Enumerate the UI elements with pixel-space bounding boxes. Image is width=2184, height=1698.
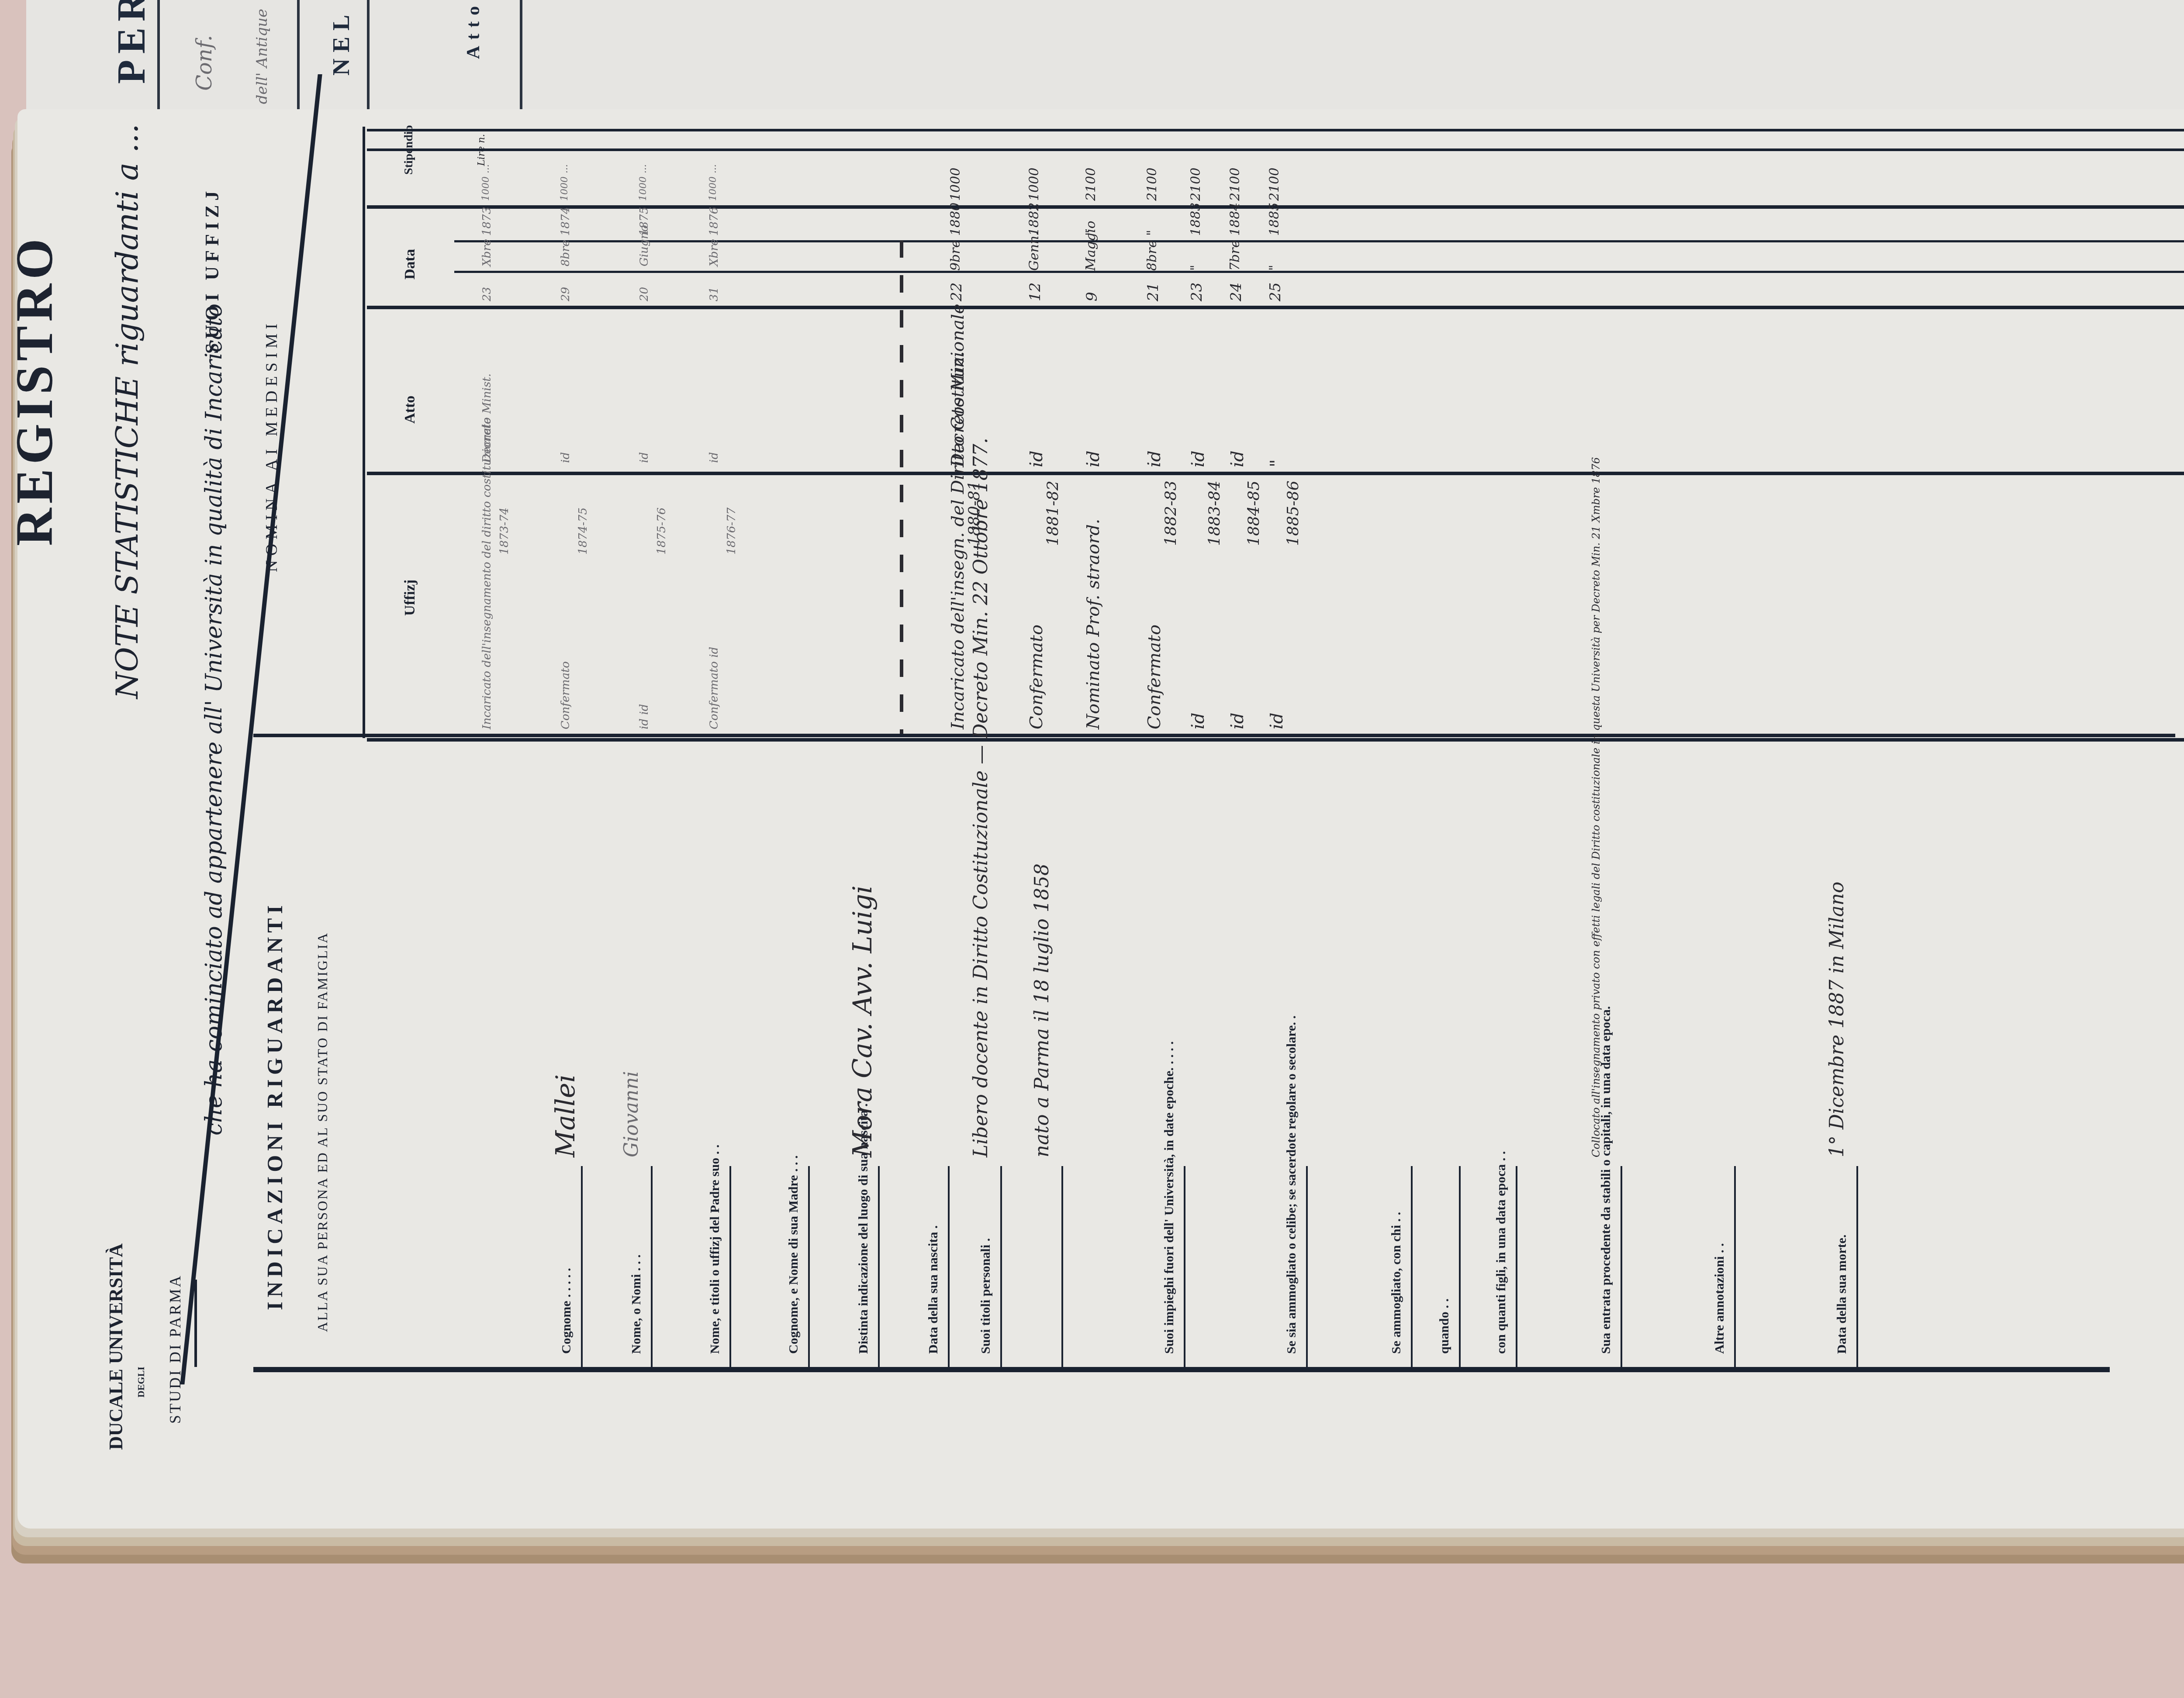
- section-right-title: SUOI UFFIZJ: [201, 186, 223, 354]
- appointment-date-year: 1873: [480, 207, 494, 236]
- appointment-date-year: 1874: [559, 207, 572, 236]
- field-separator: [1000, 1166, 1002, 1367]
- appointment-year: 1882-83: [1162, 480, 1180, 546]
- record-separator: [900, 240, 903, 734]
- col-rule: [367, 306, 2184, 309]
- appointment-salary: 1000 ...: [559, 164, 570, 201]
- back-title: PER: [109, 0, 154, 84]
- form-field-label: Suoi impieghi fuori dell' Università, in…: [1162, 1041, 1177, 1354]
- appointment-act: id: [1144, 451, 1165, 467]
- appointment-salary: 2100: [1188, 168, 1203, 201]
- appointment-act: id: [1188, 451, 1208, 467]
- appointment-day: 9: [1083, 292, 1101, 301]
- appointment-act: Decreto Min.: [948, 351, 968, 467]
- appointment-office: id id: [638, 704, 651, 729]
- institution-name: DUCALE UNIVERSITÀ: [105, 1243, 127, 1450]
- col-rule: [367, 129, 2184, 131]
- appointment-date-year: 1885: [1267, 203, 1282, 236]
- appointment-date-year: 1875: [638, 207, 651, 236]
- appointment-office: Confermato: [1144, 625, 1165, 729]
- col-header-uffizj: Uffizj: [402, 580, 418, 616]
- appointment-salary: 2100: [1083, 168, 1099, 201]
- section-right-subtitle: NOMINA AI MEDESIMI: [262, 319, 281, 572]
- field-separator: [651, 1166, 653, 1367]
- appointment-month: Maggio: [1083, 221, 1099, 271]
- field-separator: [1516, 1166, 1517, 1367]
- appointment-salary: 1000 ...: [638, 164, 649, 201]
- appointment-year: 1874-75: [577, 507, 590, 555]
- appointment-office: Confermato: [559, 661, 572, 729]
- frame-rule-bottom: [253, 1367, 2110, 1372]
- col-rule: [363, 127, 365, 738]
- appointment-office: Confermato id: [708, 647, 721, 729]
- appointment-day: 23: [1188, 283, 1206, 301]
- appointment-day: 20: [638, 287, 651, 301]
- form-field-value: Mallei: [550, 1074, 581, 1157]
- field-separator: [1621, 1166, 1622, 1367]
- form-field-value: Giovanni: [620, 1071, 643, 1157]
- form-field-label: Se sia ammogliato o celibe; se sacerdote…: [1284, 1015, 1299, 1354]
- register-title: REGISTRO: [4, 234, 65, 546]
- field-separator: [1856, 1166, 1858, 1367]
- book-cover-edge: [131, 1546, 2184, 1550]
- appointment-office: id: [1267, 713, 1287, 729]
- form-field-label: con quanti figli, in una data epoca . .: [1494, 1151, 1509, 1354]
- appointment-day: 31: [708, 287, 721, 301]
- appointment-date-year: 1880: [948, 203, 963, 236]
- col-rule: [367, 738, 2184, 742]
- field-separator: [948, 1166, 950, 1367]
- appointment-salary: 1000: [948, 168, 963, 201]
- col-rule: [454, 271, 2184, 273]
- appointment-act: id: [1026, 451, 1047, 467]
- appointment-salary: 1000: [1026, 168, 1042, 201]
- appointment-office: id: [1188, 713, 1208, 729]
- appointment-month: 8bre: [559, 240, 572, 266]
- appointment-year: 1881-82: [1044, 480, 1062, 546]
- field-separator: [1306, 1166, 1308, 1367]
- section-divider: [253, 734, 2175, 737]
- appointment-month: Xbre: [708, 239, 721, 266]
- appointment-day: 12: [1026, 283, 1044, 301]
- appointment-act: ": [1267, 459, 1287, 467]
- form-field-value: nato a Parma il 18 luglio 1858: [1031, 863, 1053, 1157]
- appointment-year: 1883-84: [1206, 480, 1223, 546]
- back-column-atto: Atto: [463, 0, 484, 59]
- appointment-salary: 1000 ...: [708, 164, 719, 201]
- appointment-date-year: 1882: [1026, 203, 1042, 236]
- appointment-act: id: [559, 452, 572, 463]
- appointment-day: 21: [1144, 283, 1162, 301]
- appointment-month: ": [1188, 265, 1203, 271]
- appointment-salary: 2100: [1267, 168, 1282, 201]
- institution-degli: DEGLI: [135, 1367, 147, 1398]
- institution-city: STUDI DI PARMA: [166, 1274, 184, 1424]
- form-field-label: Se ammogliato, con chi . .: [1389, 1212, 1404, 1354]
- appointment-day: 22: [948, 283, 965, 301]
- section-left-subtitle: ALLA SUA PERSONA ED AL SUO STATO DI FAMI…: [314, 932, 331, 1332]
- col-header-atto: Atto: [402, 396, 418, 424]
- appointment-salary: 2100: [1144, 168, 1160, 201]
- form-field-label: quando . .: [1437, 1298, 1452, 1354]
- appointment-date-year: 1883: [1188, 203, 1203, 236]
- register-page: DUCALE UNIVERSITÀ DEGLI STUDI DI PARMA R…: [17, 109, 2184, 1529]
- field-separator: [1061, 1166, 1063, 1367]
- appointment-act: id: [1083, 451, 1103, 467]
- section-left-title: INDICAZIONI RIGUARDANTI: [262, 901, 287, 1310]
- appointment-year: 1884-85: [1245, 480, 1263, 546]
- field-separator: [1184, 1166, 1185, 1367]
- appointment-office: id: [1227, 713, 1248, 729]
- field-separator: [808, 1166, 810, 1367]
- field-separator: [878, 1166, 880, 1367]
- appointment-month: 9bre: [948, 240, 963, 271]
- form-field-label: Cognome, e Nome di sua Madre . . .: [786, 1156, 801, 1354]
- back-handwriting: Conf.: [192, 35, 217, 91]
- col-header-data: Data: [402, 249, 418, 280]
- appointment-year: 1885-86: [1284, 480, 1302, 546]
- appointment-office: Nominato Prof. straord.: [1083, 519, 1103, 729]
- appointment-date-year: ": [1083, 230, 1099, 236]
- appointment-month: 8bre: [1144, 240, 1160, 271]
- field-separator: [1459, 1166, 1461, 1367]
- appointment-month: 7bre: [1227, 240, 1243, 271]
- form-field-label: Altre annotazioni . .: [1712, 1243, 1727, 1354]
- form-field-value: Libero docente in Diritto Costituzionale…: [970, 438, 992, 1157]
- col-rule: [367, 148, 2184, 151]
- appointment-month: ": [1267, 265, 1282, 271]
- form-field-label: Nome, o Nomi . . .: [629, 1255, 644, 1354]
- form-field-value: 1° Dicembre 1887 in Milano: [1826, 881, 1848, 1157]
- appointment-act: Decreto Minist.: [480, 373, 494, 463]
- field-separator: [1411, 1166, 1413, 1367]
- appointment-act: id: [708, 452, 721, 463]
- appointment-day: 25: [1267, 283, 1284, 301]
- form-field-value: Collocato all'insegnamento privato con e…: [1590, 457, 1602, 1157]
- back-subheader: NEL: [328, 9, 355, 76]
- notes-title: NOTE STATISTICHE riguardanti a ...: [109, 124, 145, 699]
- appointment-date-year: 1876: [708, 207, 721, 236]
- appointment-day: 24: [1227, 283, 1245, 301]
- form-field-label: Data della sua morte.: [1835, 1235, 1849, 1354]
- form-field-label: Suoi titoli personali .: [978, 1238, 993, 1354]
- appointment-day: 23: [480, 287, 494, 301]
- appointment-year: 1876-77: [725, 507, 738, 555]
- appointment-year: 1873-74: [498, 507, 511, 555]
- field-separator: [581, 1166, 583, 1367]
- form-field-label: Nome, e titoli o uffizj del Padre suo . …: [708, 1145, 722, 1354]
- appointment-salary: 2100: [1227, 168, 1243, 201]
- appointment-date-year: ": [1144, 230, 1160, 236]
- field-separator: [1734, 1166, 1736, 1367]
- appointment-month: Genn.: [1026, 231, 1042, 271]
- form-field-value: Mora Cav. Avv. Luigi: [847, 885, 878, 1157]
- appointment-month: Xbre: [480, 239, 494, 266]
- appointment-office: Confermato: [1026, 625, 1047, 729]
- form-field-label: Cognome . . . . .: [559, 1268, 574, 1354]
- appointment-salary: 1000 ...: [480, 164, 491, 201]
- appointment-act: id: [1227, 451, 1248, 467]
- col-rule: [367, 472, 2184, 475]
- appointment-day: 29: [559, 287, 572, 301]
- back-handwriting-2: dell' Antique: [253, 9, 271, 104]
- field-separator: [729, 1166, 731, 1367]
- header-ornament: [194, 1280, 197, 1367]
- appointment-act: id: [638, 452, 651, 463]
- appointment-year: 1875-76: [655, 507, 668, 555]
- appointment-office: Incaricato dell'insegnamento del diritto…: [480, 418, 494, 729]
- form-field-label: Data della sua nascita .: [926, 1225, 941, 1354]
- appointment-date-year: 1884: [1227, 203, 1243, 236]
